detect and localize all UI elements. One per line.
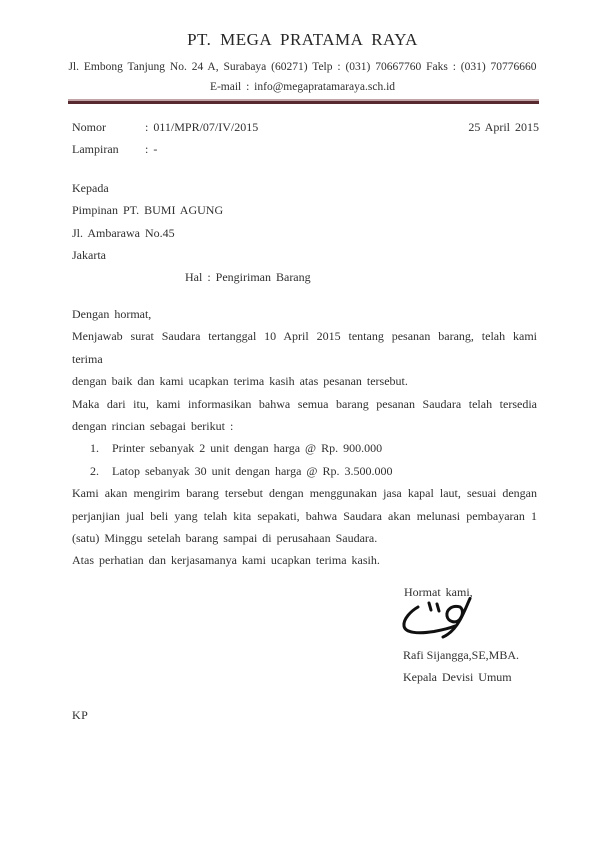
recipient-city: Jakarta [72, 244, 223, 266]
recipient-name: Pimpinan PT. BUMI AGUNG [72, 199, 223, 221]
order-item-1-text: Printer sebanyak 2 unit dengan harga @ R… [112, 437, 537, 459]
lampiran-row: Lampiran : - [72, 138, 537, 160]
letter-body: Dengan hormat, Menjawab surat Saudara te… [72, 303, 537, 572]
signer-title: Kepala Devisi Umum [403, 666, 512, 688]
paragraph-1-line-1: Menjawab surat Saudara tertanggal 10 Apr… [72, 325, 537, 370]
letterhead-divider [68, 99, 539, 104]
paragraph-2-line-1: Maka dari itu, kami informasikan bahwa s… [72, 393, 537, 415]
recipient-block: Kepada Pimpinan PT. BUMI AGUNG Jl. Ambar… [72, 177, 223, 267]
paragraph-1-line-2: dengan baik dan kami ucapkan terima kasi… [72, 370, 537, 392]
paragraph-3-line-3: (satu) Minggu setelah barang sampai di p… [72, 527, 537, 549]
letter-date: 25 April 2015 [468, 116, 539, 138]
company-name: PT. MEGA PRATAMA RAYA [0, 30, 605, 50]
subject-line: Hal : Pengiriman Barang [185, 266, 311, 288]
recipient-kepada: Kepada [72, 177, 223, 199]
lampiran-label: Lampiran [72, 138, 145, 160]
order-item-1: 1. Printer sebanyak 2 unit dengan harga … [72, 437, 537, 459]
paragraph-2-line-2: dengan rincian sebagai berikut : [72, 415, 537, 437]
order-item-1-number: 1. [90, 437, 112, 459]
nomor-row: Nomor : 011/MPR/07/IV/2015 [72, 116, 537, 138]
lampiran-value: : - [145, 138, 157, 160]
signature-scribble-icon [394, 597, 479, 645]
letter-meta: Nomor : 011/MPR/07/IV/2015 Lampiran : - [72, 116, 537, 161]
closing-sentence: Atas perhatian dan kerjasamanya kami uca… [72, 549, 537, 571]
signer-name: Rafi Sijangga,SE,MBA. [403, 644, 519, 666]
company-email: E-mail : info@megapratamaraya.sch.id [0, 81, 605, 93]
company-address: Jl. Embong Tanjung No. 24 A, Surabaya (6… [0, 61, 605, 73]
paragraph-3-line-1: Kami akan mengirim barang tersebut denga… [72, 482, 537, 504]
typist-initials: KP [72, 704, 88, 726]
nomor-label: Nomor [72, 116, 145, 138]
order-item-2-text: Latop sebanyak 30 unit dengan harga @ Rp… [112, 460, 537, 482]
nomor-value: : 011/MPR/07/IV/2015 [145, 116, 258, 138]
paragraph-3-line-2: perjanjian jual beli yang telah kita sep… [72, 505, 537, 527]
order-item-2: 2. Latop sebanyak 30 unit dengan harga @… [72, 460, 537, 482]
order-item-2-number: 2. [90, 460, 112, 482]
letter-page: PT. MEGA PRATAMA RAYA Jl. Embong Tanjung… [0, 0, 605, 856]
salutation: Dengan hormat, [72, 303, 537, 325]
recipient-street: Jl. Ambarawa No.45 [72, 222, 223, 244]
